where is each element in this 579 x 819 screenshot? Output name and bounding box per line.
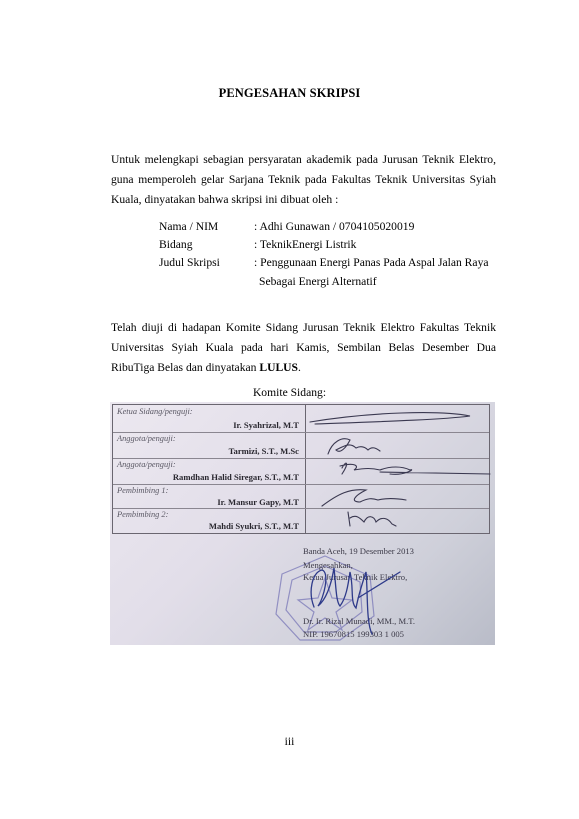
- result-paragraph: Telah diuji di hadapan Komite Sidang Jur…: [111, 318, 496, 379]
- result-text: Telah diuji di hadapan Komite Sidang Jur…: [111, 321, 496, 374]
- thesis-title-label: Judul Skripsi: [159, 254, 220, 272]
- intro-paragraph: Untuk melengkapi sebagian persyaratan ak…: [111, 150, 496, 211]
- department-head-signature: [110, 402, 495, 645]
- page-number: iii: [0, 735, 579, 748]
- name-value: : Adhi Gunawan / 0704105020019: [254, 218, 414, 236]
- verdict-text: LULUS: [259, 361, 298, 374]
- field-label: Bidang: [159, 236, 193, 254]
- name-label: Nama / NIM: [159, 218, 218, 236]
- thesis-title-continuation: Sebagai Energi Alternatif: [259, 273, 377, 291]
- result-end: .: [298, 361, 301, 374]
- field-value: : TeknikEnergi Listrik: [254, 236, 356, 254]
- committee-heading: Komite Sidang:: [0, 386, 579, 399]
- page-title: PENGESAHAN SKRIPSI: [0, 86, 579, 101]
- thesis-title-value: : Penggunaan Energi Panas Pada Aspal Jal…: [254, 254, 489, 272]
- scanned-approval-sheet: Ketua Sidang/penguji: Ir. Syahrizal, M.T…: [110, 402, 495, 645]
